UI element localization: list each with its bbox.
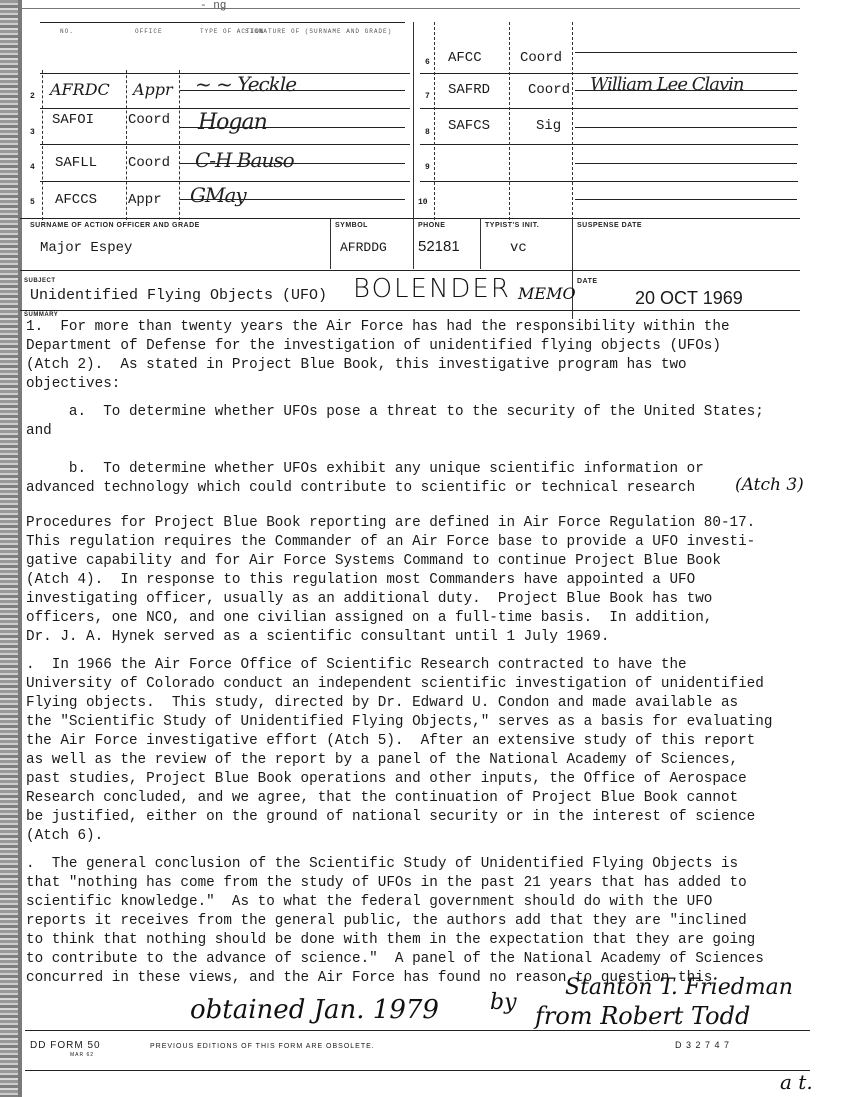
col-header-office: OFFICE xyxy=(135,28,163,35)
signature: GMay xyxy=(190,183,246,207)
col-header-signature: SIGNATURE OF (Surname and Grade) xyxy=(245,28,392,35)
form-edition-date: MAR 62 xyxy=(70,1052,94,1058)
suspense-label: SUSPENSE DATE xyxy=(577,222,642,229)
office: SAFOI xyxy=(52,112,94,128)
phone-number: 52181 xyxy=(418,238,460,255)
subject-label: SUBJECT xyxy=(24,278,56,284)
handwritten-atch-3: (Atch 3) xyxy=(735,475,804,495)
action-type: Appr xyxy=(133,80,173,99)
office: AFRDC xyxy=(50,80,110,99)
row-number: 3 xyxy=(30,128,35,137)
action-type: Coord xyxy=(128,112,170,128)
surname-label: SURNAME OF ACTION OFFICER AND GRADE xyxy=(30,222,200,229)
action-type: Appr xyxy=(128,192,162,208)
paragraph-4: . The general conclusion of the Scientif… xyxy=(26,855,816,988)
form-top-title: - ng xyxy=(200,0,226,12)
action-type: Coord xyxy=(520,50,562,66)
paragraph-2: Procedures for Project Blue Book reporti… xyxy=(26,514,816,647)
scan-edge-shadow xyxy=(0,0,18,1097)
top-border xyxy=(20,8,800,9)
scan-edge-line xyxy=(18,0,22,1097)
office: SAFRD xyxy=(448,82,490,98)
row-number: 5 xyxy=(30,198,35,207)
row-number: 2 xyxy=(30,92,35,101)
action-type: Sig xyxy=(536,118,561,134)
office: SAFLL xyxy=(55,155,97,171)
office: AFCCS xyxy=(55,192,97,208)
handwritten-memo: MEMO xyxy=(518,284,576,303)
date-label: DATE xyxy=(577,278,598,285)
document-serial: D 3 2 7 4 7 xyxy=(675,1040,730,1050)
typist-initials: vc xyxy=(510,240,527,256)
office-symbol: AFRDDG xyxy=(340,240,387,255)
paragraph-1: 1. For more than twenty years the Air Fo… xyxy=(26,318,816,394)
corner-mark: a t. xyxy=(780,1070,813,1094)
row-number: 6 xyxy=(425,58,430,67)
office: AFCC xyxy=(448,50,482,66)
handwritten-obtained: obtained Jan. 1979 xyxy=(190,995,439,1025)
objective-a: a. To determine whether UFOs pose a thre… xyxy=(26,403,816,441)
row-number: 8 xyxy=(425,128,430,137)
typist-label: TYPIST'S INIT. xyxy=(485,222,539,229)
form-number: DD FORM 50 xyxy=(30,1040,101,1051)
action-type: Coord xyxy=(128,155,170,171)
col-header-no: NO. xyxy=(60,28,74,35)
obsolete-note: PREVIOUS EDITIONS OF THIS FORM ARE OBSOL… xyxy=(150,1043,375,1050)
office: SAFCS xyxy=(448,118,490,134)
handwritten-name: Stanton T. Friedman xyxy=(565,975,793,1000)
action-officer-name: Major Espey xyxy=(40,240,132,256)
handwritten-bolender: BOLENDER xyxy=(353,274,511,304)
subject-text: Unidentified Flying Objects (UFO) xyxy=(30,287,327,304)
signature: Hogan xyxy=(198,110,267,135)
signature: ~ ~ Yeckle xyxy=(195,72,296,96)
objective-b: b. To determine whether UFOs exhibit any… xyxy=(26,460,816,498)
symbol-label: SYMBOL xyxy=(335,222,368,229)
action-type: Coord xyxy=(528,82,570,98)
signature: C-H Bauso xyxy=(195,148,294,172)
row-number: 7 xyxy=(425,92,430,101)
signature: William Lee Clavin xyxy=(590,74,744,95)
phone-label: PHONE xyxy=(418,222,445,229)
handwritten-from: from Robert Todd xyxy=(535,1002,750,1030)
row-number: 9 xyxy=(425,163,430,172)
paragraph-3: . In 1966 the Air Force Office of Scient… xyxy=(26,656,816,846)
memo-date: 20 OCT 1969 xyxy=(635,288,743,309)
row-number: 10 xyxy=(418,198,428,207)
handwritten-by: by xyxy=(490,990,517,1015)
row-number: 4 xyxy=(30,163,35,172)
